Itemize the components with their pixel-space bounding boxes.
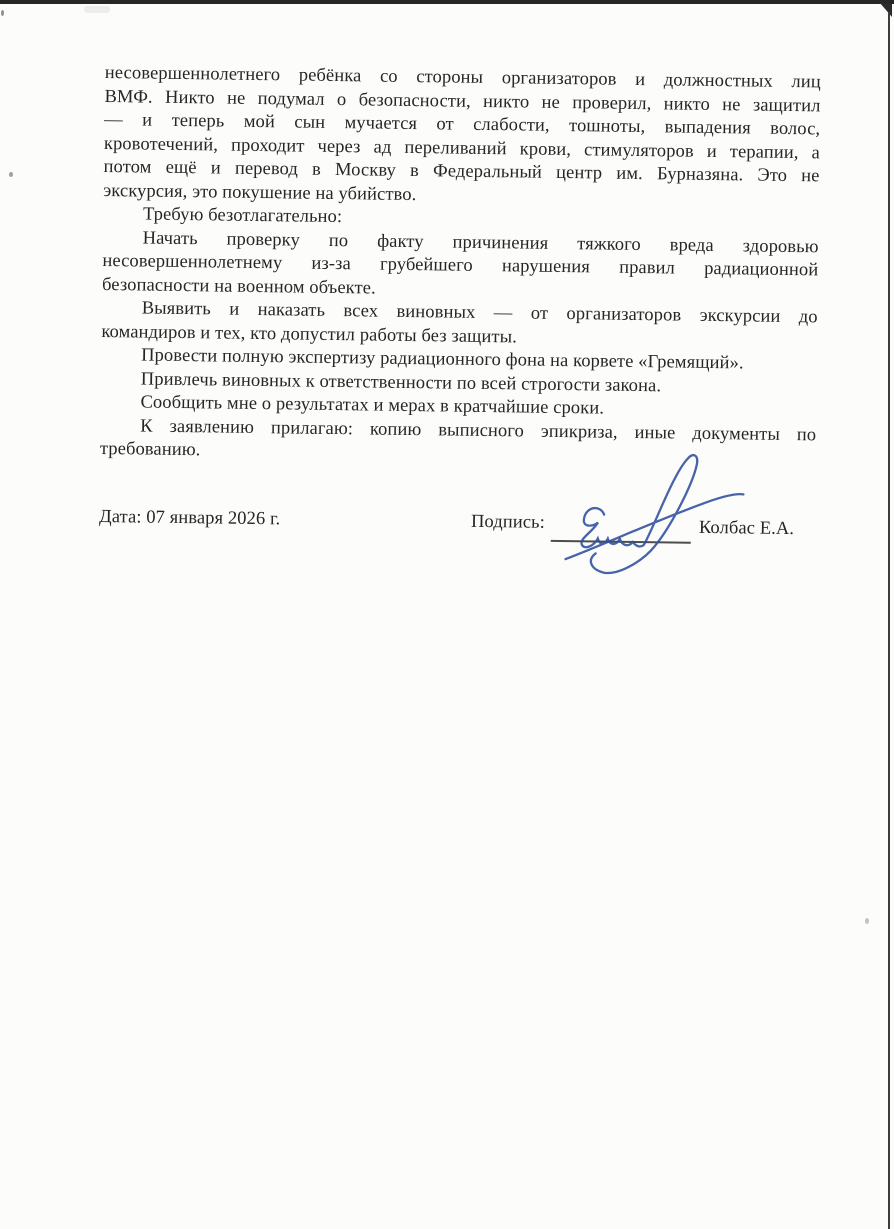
scanned-document-page: несовершеннолетнего ребёнка со стороны о…: [0, 0, 894, 1229]
scan-smudge: [84, 6, 110, 13]
scan-speck: [865, 918, 869, 924]
scan-right-edge-line: [888, 12, 890, 1229]
signature-label: Подпись:: [471, 510, 545, 534]
signatory-name: Колбас Е.А.: [699, 516, 794, 541]
signature-underline: [551, 521, 691, 543]
scan-speck: [1, 10, 4, 16]
letter-body: несовершеннолетнего ребёнка со стороны о…: [98, 62, 821, 602]
date-signature-row: Дата: 07 января 2026 г. Подпись: Колбас …: [98, 497, 815, 601]
scan-speck: [9, 172, 13, 177]
date-line: Дата: 07 января 2026 г.: [99, 505, 281, 531]
scan-top-edge-bar: [0, 0, 894, 4]
